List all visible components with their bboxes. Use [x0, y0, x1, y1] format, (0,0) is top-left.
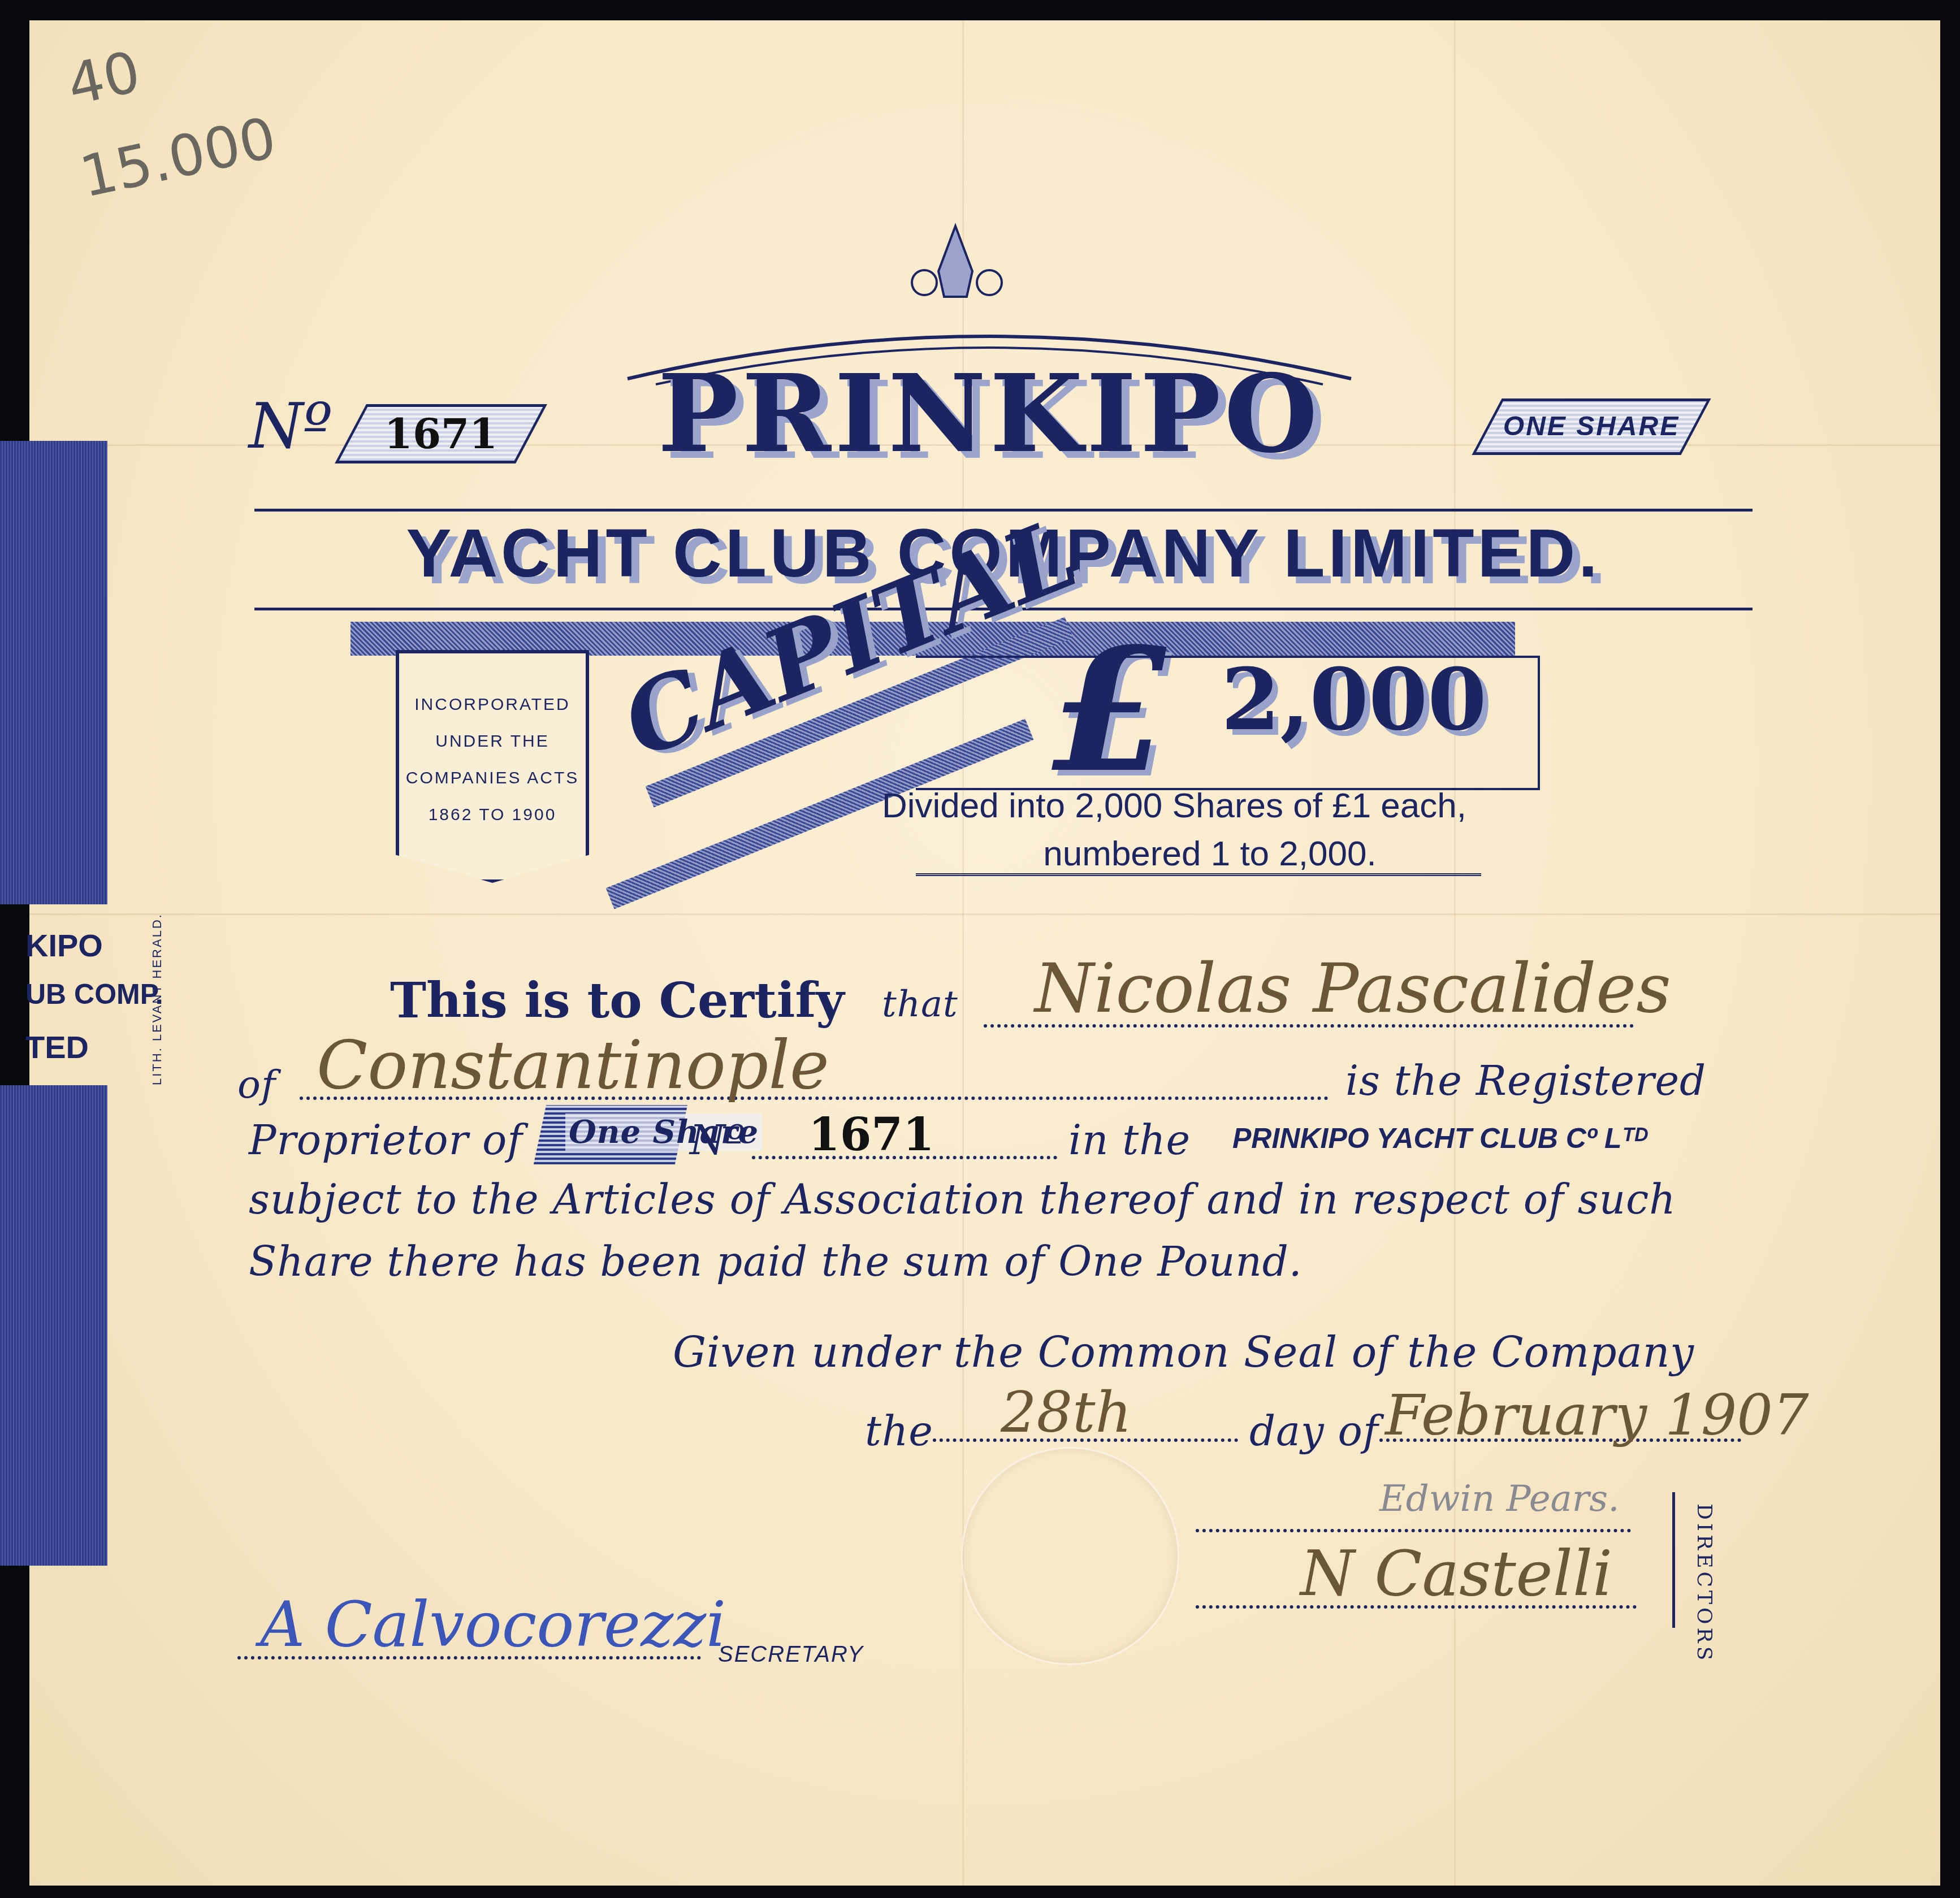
certify-heading: This is to Certify — [390, 972, 844, 1029]
capital-frame — [916, 656, 1540, 790]
directors-bracket — [1672, 1492, 1675, 1628]
company-title-prinkipo: PRINKIPO — [565, 350, 1413, 476]
paid-line: Share there has been paid the sum of One… — [249, 1238, 1303, 1285]
incorporation-shield: INCORPORATED UNDER THE COMPANIES ACTS 18… — [396, 650, 589, 883]
company-short-name: PRINKIPO YACHT CLUB Cº Lᵀᴰ — [1232, 1122, 1648, 1155]
the-label: the — [865, 1407, 933, 1455]
proprietor-label: Proprietor of — [249, 1116, 523, 1164]
holder-name[interactable]: Nicolas Pascalides — [1035, 950, 1671, 1028]
stub-text-line3: TED — [25, 1029, 89, 1065]
issue-month-year[interactable]: February 1907 — [1385, 1382, 1809, 1448]
secretary-label: SECRETARY — [718, 1642, 864, 1667]
numbered-text: numbered 1 to 2,000. — [927, 834, 1492, 874]
director1-signature[interactable]: Edwin Pears. — [1379, 1478, 1620, 1520]
registered-label: is the Registered — [1345, 1057, 1706, 1104]
divided-into-text: Divided into 2,000 Shares of £1 each, — [882, 786, 1466, 826]
issue-day[interactable]: 28th — [1001, 1379, 1132, 1445]
secretary-signature[interactable]: A Calvocorezzi — [260, 1588, 726, 1661]
share-no-prefix: Nº — [690, 1116, 746, 1164]
share-number[interactable]: 1671 — [808, 1108, 934, 1161]
numbered-underline — [916, 873, 1481, 876]
stub-ornament — [0, 1085, 107, 1566]
number-prefix: Nº — [249, 390, 332, 462]
holder-location[interactable]: Constantinople — [317, 1026, 829, 1104]
common-seal-line: Given under the Common Seal of the Compa… — [673, 1328, 1694, 1377]
of-label: of — [237, 1063, 276, 1107]
certificate-number: 1671 — [353, 407, 529, 461]
articles-line: subject to the Articles of Association t… — [249, 1176, 1676, 1223]
that-label: that — [882, 983, 958, 1025]
embossed-company-seal — [961, 1447, 1179, 1665]
incorporation-line3: COMPANIES ACTS — [399, 761, 586, 796]
incorporation-line1: INCORPORATED — [399, 687, 586, 722]
directors-label: DIRECTORS — [1693, 1503, 1716, 1663]
incorporation-line2: UNDER THE — [399, 724, 586, 759]
in-the-label: in the — [1068, 1116, 1191, 1164]
printer-credit: LITH. LEVANT HERALD. — [150, 913, 165, 1085]
stub-text-line1: KIPO — [25, 927, 103, 964]
day-of-label: day of — [1249, 1407, 1379, 1455]
stub-text-line2: UB COMP. — [25, 978, 163, 1011]
stub-ornament — [0, 441, 107, 904]
director2-signature[interactable]: N Castelli — [1300, 1537, 1612, 1610]
incorporation-line4: 1862 TO 1900 — [399, 798, 586, 833]
fold-line — [29, 913, 1940, 915]
director1-line — [1196, 1529, 1631, 1532]
certificate-number-box: 1671 — [335, 404, 547, 463]
one-share-badge: ONE SHARE — [1472, 398, 1711, 455]
